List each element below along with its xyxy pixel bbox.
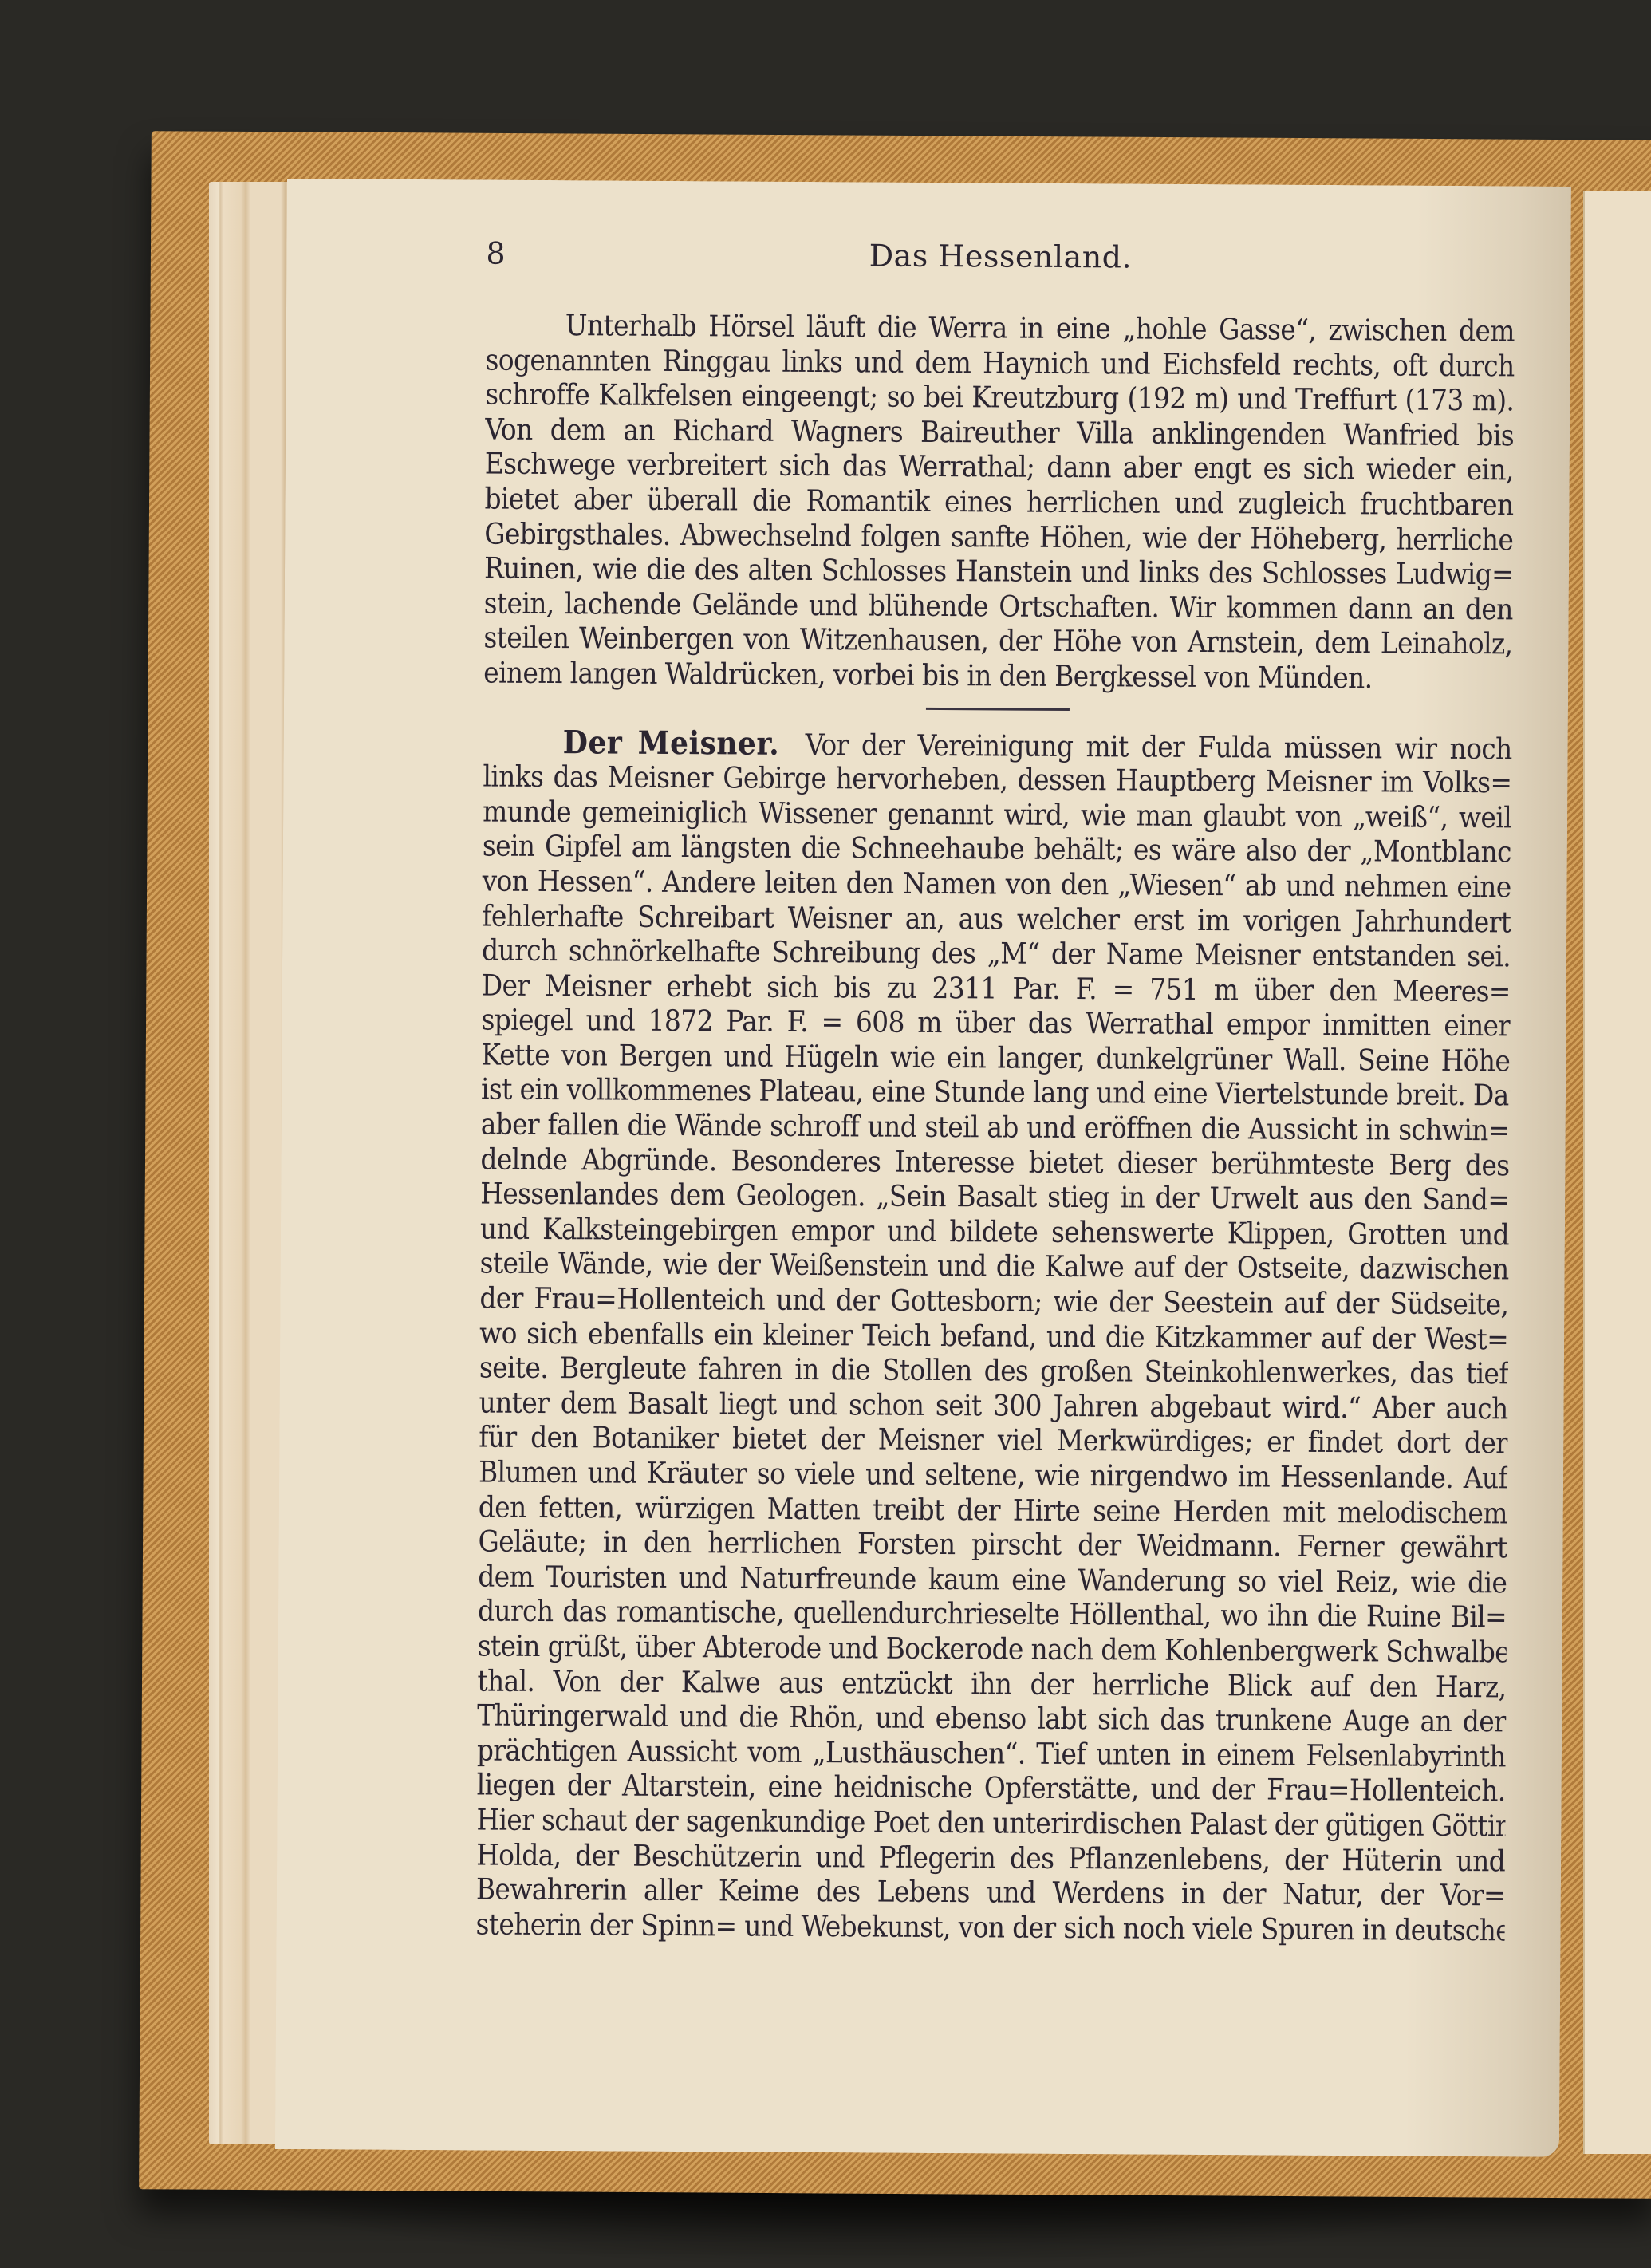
text-line: spiegel und 1872 Par. F. = 608 m über da… xyxy=(481,1003,1510,1043)
section-first-line: Der Meisner. Vor der Vereinigung mit der… xyxy=(483,724,1512,765)
next-page-edge xyxy=(1583,191,1651,2154)
text-line: links das Meisner Gebirge hervorheben, d… xyxy=(483,759,1511,800)
text-line: bietet aber überall die Romantik eines h… xyxy=(484,481,1513,522)
body-text: Unterhalb Hörsel läuft die Werra in eine… xyxy=(476,308,1515,1948)
text-line: stein grüßt, über Abterode und Bockerode… xyxy=(478,1628,1507,1669)
text-line: Hier schaut der sagenkundige Poet den un… xyxy=(476,1802,1505,1843)
section-divider xyxy=(926,707,1070,710)
text-line: sogenannten Ringgau links und dem Haynic… xyxy=(485,342,1514,383)
text-line: stein, lachende Gelände und blühende Ort… xyxy=(484,586,1513,626)
text-line: dem Touristen und Naturfreunde kaum eine… xyxy=(478,1559,1507,1599)
text-line: Eschwege verbreitert sich das Werrathal;… xyxy=(485,447,1514,487)
text-line: steherin der Spinn= und Webekunst, von d… xyxy=(476,1907,1505,1947)
text-line: Der Meisner erhebt sich bis zu 2311 Par.… xyxy=(482,968,1511,1008)
page-header: 8 Das Hessenland. xyxy=(486,236,1515,290)
text-line: ist ein vollkommenes Plateau, eine Stund… xyxy=(481,1072,1510,1113)
text-line: wo sich ebenfalls ein kleiner Teich befa… xyxy=(479,1315,1508,1356)
running-title: Das Hessenland. xyxy=(486,236,1515,278)
text-line: den fetten, würzigen Matten treibt der H… xyxy=(479,1489,1507,1530)
text-line: delnde Abgründe. Besonderes Interesse bi… xyxy=(480,1142,1509,1182)
text-line: Von dem an Richard Wagners Baireuther Vi… xyxy=(485,412,1514,452)
text-line: steile Wände, wie der Weißenstein und di… xyxy=(480,1246,1509,1287)
text-line: sein Gipfel am längsten die Schneehaube … xyxy=(483,829,1511,870)
text-line: unter dem Basalt liegt und schon seit 30… xyxy=(479,1385,1508,1426)
text-line: Gebirgsthales. Abwechselnd folgen sanfte… xyxy=(484,516,1513,557)
text-line: Kette von Bergen und Hügeln wie ein lang… xyxy=(481,1037,1510,1078)
text-line: der Frau=Hollenteich und der Gottesborn;… xyxy=(479,1281,1508,1322)
text-line: Holda, der Beschützerin und Pflegerin de… xyxy=(476,1837,1505,1878)
text-line: prächtigen Aussicht vom „Lusthäuschen“. … xyxy=(477,1733,1506,1773)
text-line: fehlerhafte Schreibart Weisner an, aus w… xyxy=(482,898,1511,939)
text-line: Thüringerwald und die Rhön, und ebenso l… xyxy=(477,1698,1506,1739)
text-line: steilen Weinbergen von Witzenhausen, der… xyxy=(483,621,1512,661)
text-line: thal. Von der Kalwe aus entzückt ihn der… xyxy=(477,1663,1506,1704)
text-line: Hessenlandes dem Geologen. „Sein Basalt … xyxy=(480,1177,1509,1217)
text-line: einem langen Waldrücken, vorbei bis in d… xyxy=(483,655,1512,696)
text-line: Geläute; in den herrlichen Forsten pirsc… xyxy=(478,1524,1507,1565)
text-line: für den Botaniker bietet der Meisner vie… xyxy=(479,1420,1507,1461)
text-line: von Hessen“. Andere leiten den Namen von… xyxy=(482,863,1511,904)
text-line: Vor der Vereinigung mit der Fulda müssen… xyxy=(806,728,1512,766)
text-line: Unterhalb Hörsel läuft die Werra in eine… xyxy=(486,308,1515,349)
text-line: durch schnörkelhafte Schreibung des „M“ … xyxy=(482,933,1511,974)
text-line: aber fallen die Wände schroff und steil … xyxy=(481,1107,1510,1148)
text-line: durch das romantische, quellendurchriese… xyxy=(478,1594,1507,1635)
section-heading: Der Meisner. xyxy=(563,724,780,762)
book-page: 8 Das Hessenland. Unterhalb Hörsel läuft… xyxy=(275,179,1571,2157)
text-line: Bewahrerin aller Keime des Lebens und We… xyxy=(476,1872,1505,1913)
text-line: schroffe Kalkfelsen eingeengt; so bei Kr… xyxy=(485,377,1514,418)
text-line: munde gemeiniglich Wissener genannt wird… xyxy=(483,794,1511,834)
text-line: seite. Bergleute fahren in die Stollen d… xyxy=(479,1351,1508,1391)
text-line: Blumen und Kräuter so viele und seltene,… xyxy=(479,1454,1507,1495)
text-line: liegen der Altarstein, eine heidnische O… xyxy=(477,1768,1506,1808)
text-line: Ruinen, wie die des alten Schlosses Hans… xyxy=(484,551,1513,592)
text-line: und Kalksteingebirgen empor und bildete … xyxy=(480,1211,1509,1252)
